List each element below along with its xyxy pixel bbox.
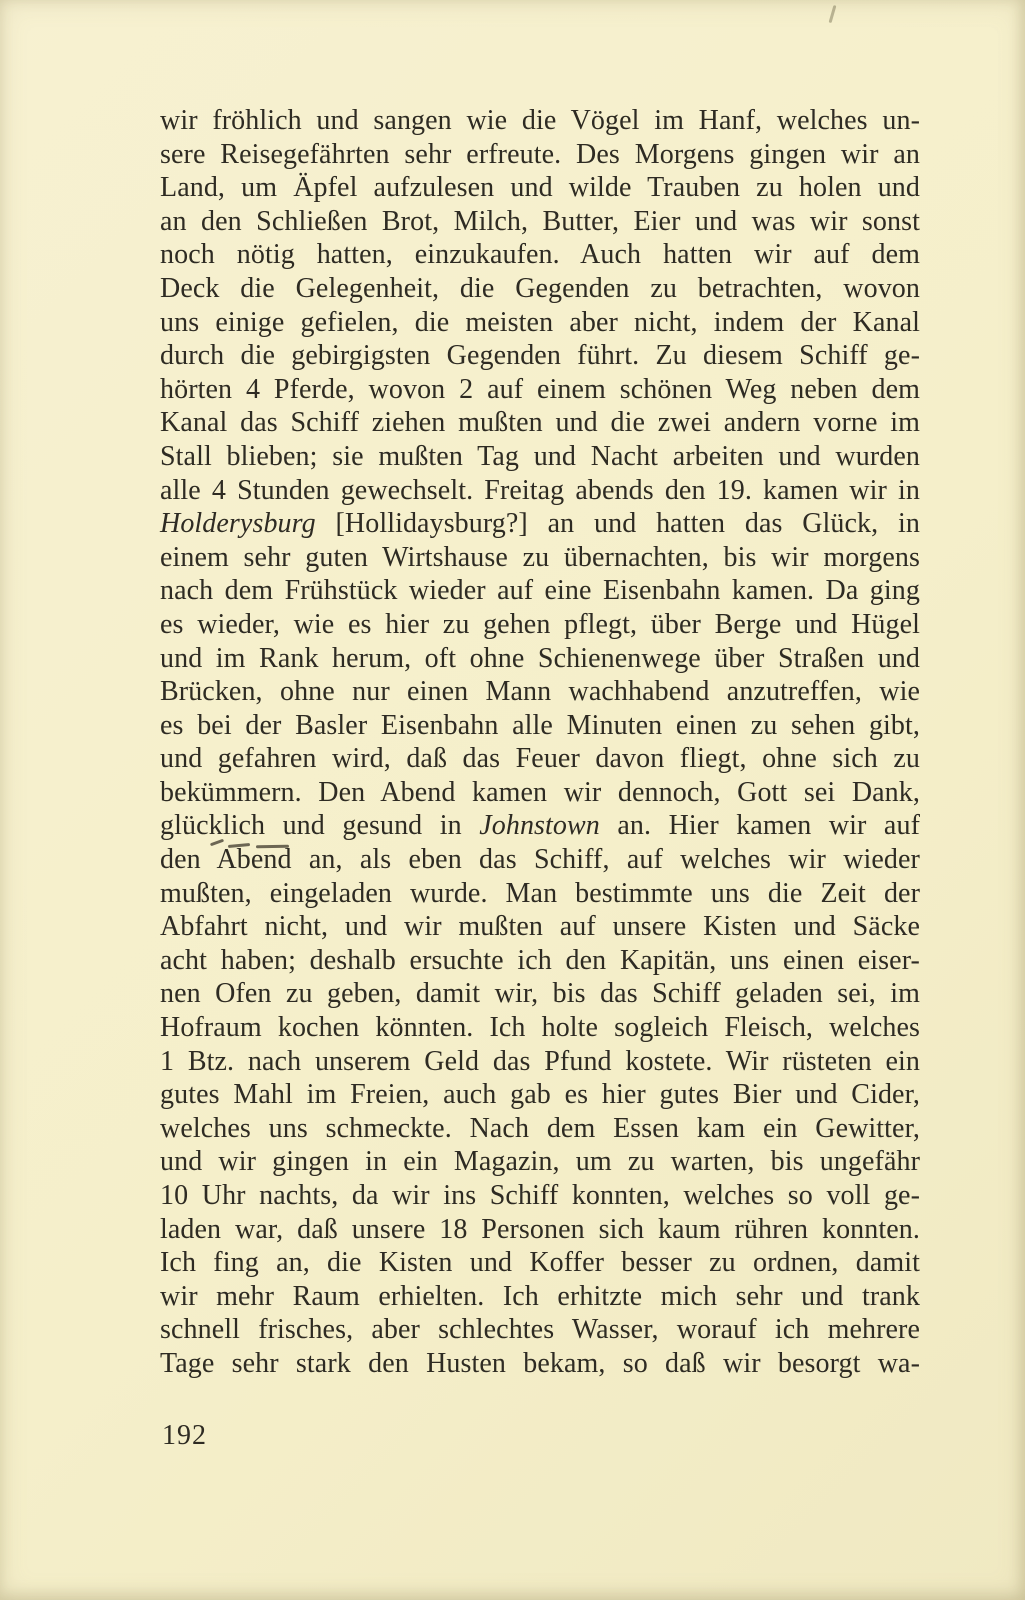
text-line: an den Schließen Brot, Milch, Butter, Ei…: [160, 205, 920, 239]
text-line: acht haben; deshalb ersuchte ich den Kap…: [160, 944, 920, 978]
text-line: einem sehr guten Wirtshause zu übernacht…: [160, 541, 920, 575]
text-line: Deck die Gelegenheit, die Gegenden zu be…: [160, 272, 920, 306]
text-line: wir fröhlich und sangen wie die Vögel im…: [160, 104, 920, 138]
text-line: und gefahren wird, daß das Feuer davon f…: [160, 742, 920, 776]
text-line: Land, um Äpfel aufzulesen und wilde Trau…: [160, 171, 920, 205]
text-line: gutes Mahl im Freien, auch gab es hier g…: [160, 1078, 920, 1112]
text-line: Holderysburg [Hollidaysburg?] an und hat…: [160, 507, 920, 541]
text-line: glücklich und gesund in Johnstown an. Hi…: [160, 809, 920, 843]
text-line: wir mehr Raum erhielten. Ich erhitzte mi…: [160, 1280, 920, 1314]
text-line: es bei der Basler Eisenbahn alle Minuten…: [160, 709, 920, 743]
stray-scan-mark: [829, 5, 836, 23]
text-line: nen Ofen zu geben, damit wir, bis das Sc…: [160, 977, 920, 1011]
text-line: es wieder, wie es hier zu gehen pflegt, …: [160, 608, 920, 642]
text-line: Abfahrt nicht, und wir mußten auf unsere…: [160, 910, 920, 944]
text-line: hörten 4 Pferde, wovon 2 auf einem schön…: [160, 373, 920, 407]
text-line: welches uns schmeckte. Nach dem Essen ka…: [160, 1112, 920, 1146]
text-line: alle 4 Stunden gewechselt. Freitag abend…: [160, 474, 920, 508]
text-line: durch die gebirgigsten Gegenden führt. Z…: [160, 339, 920, 373]
text-line: noch nötig hatten, einzukaufen. Auch hat…: [160, 238, 920, 272]
text-line: laden war, daß unsere 18 Personen sich k…: [160, 1213, 920, 1247]
text-line: den Abend an, als eben das Schiff, auf w…: [160, 843, 920, 877]
text-line: Tage sehr stark den Husten bekam, so daß…: [160, 1347, 920, 1381]
book-page: wir fröhlich und sangen wie die Vögel im…: [0, 0, 1025, 1600]
text-line: Ich fing an, die Kisten und Koffer besse…: [160, 1246, 920, 1280]
text-line: nach dem Frühstück wieder auf eine Eisen…: [160, 574, 920, 608]
text-line: Stall blieben; sie mußten Tag und Nacht …: [160, 440, 920, 474]
text-line: uns einige gefielen, die meisten aber ni…: [160, 306, 920, 340]
text-line: Hofraum kochen könnten. Ich holte soglei…: [160, 1011, 920, 1045]
text-line: 1 Btz. nach unserem Geld das Pfund koste…: [160, 1045, 920, 1079]
text-line: Kanal das Schiff ziehen mußten und die z…: [160, 406, 920, 440]
text-line: mußten, eingeladen wurde. Man bestimmte …: [160, 877, 920, 911]
text-line: bekümmern. Den Abend kamen wir dennoch, …: [160, 776, 920, 810]
text-line: und im Rank herum, oft ohne Schienenwege…: [160, 642, 920, 676]
text-line: sere Reisegefährten sehr erfreute. Des M…: [160, 138, 920, 172]
text-line: schnell frisches, aber schlechtes Wasser…: [160, 1313, 920, 1347]
text-line: und wir gingen in ein Magazin, um zu war…: [160, 1145, 920, 1179]
text-line: 10 Uhr nachts, da wir ins Schiff konnten…: [160, 1179, 920, 1213]
page-number: 192: [162, 1420, 207, 1452]
text-block: wir fröhlich und sangen wie die Vögel im…: [160, 104, 920, 1381]
text-line: Brücken, ohne nur einen Mann wachhabend …: [160, 675, 920, 709]
